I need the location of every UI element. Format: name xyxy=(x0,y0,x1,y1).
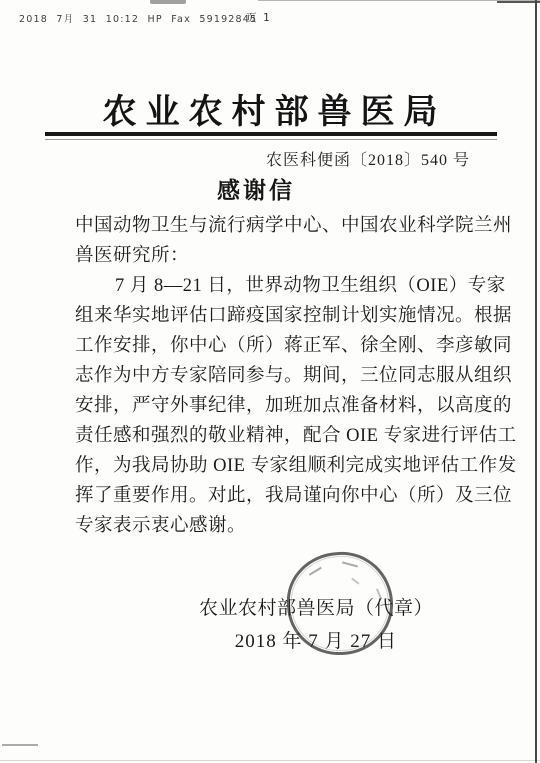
letter-title: 感谢信 xyxy=(0,172,526,205)
body-line: 组来华实地评估口蹄疫国家控制计划实施情况。根据 xyxy=(75,301,475,331)
letter-body: 中国动物卫生与流行病学中心、中国农业科学院兰州 兽医研究所： 7 月 8—21 … xyxy=(75,211,475,541)
scan-artifact-top-edge-line xyxy=(258,0,540,1)
seal-ink-mark xyxy=(342,561,358,567)
fax-page-number: 页 1 xyxy=(246,10,270,25)
scan-artifact-top-smudge xyxy=(150,0,186,4)
document-ref-number: 农医科便函〔2018〕540 号 xyxy=(45,147,470,170)
scanned-letter-page: 2018 7月 31 10:12 HP Fax 59192845 页 1 农业农… xyxy=(0,0,540,763)
letterhead-rule-thick xyxy=(45,132,497,136)
signature-organization: 农业农村部兽医局（代章） xyxy=(75,593,465,620)
scan-artifact-bottom-left-line xyxy=(2,744,38,746)
seal-ink-mark xyxy=(309,567,322,576)
body-line: 安排，严守外事纪律，加班加点准备材料，以高度的 xyxy=(75,391,475,421)
recipient-line: 兽医研究所： xyxy=(75,241,475,271)
scan-artifact-bottom-edge-line xyxy=(0,760,540,761)
body-line: 专家表示衷心感谢。 xyxy=(75,511,475,541)
seal-ink-mark xyxy=(351,578,359,585)
body-line: 志作为中方专家陪同参与。期间，三位同志服从组织 xyxy=(75,361,475,391)
body-line: 工作安排，你中心（所）蒋正军、徐全刚、李彦敏同 xyxy=(75,331,475,361)
body-line: 7 月 8—21 日，世界动物卫生组织（OIE）专家 xyxy=(75,271,475,301)
letterhead-organization: 农业农村部兽医局 xyxy=(0,84,540,133)
scan-artifact-right-edge-line xyxy=(535,0,537,763)
recipient-line: 中国动物卫生与流行病学中心、中国农业科学院兰州 xyxy=(75,211,475,241)
body-line: 挥了重要作用。对此，我局谨向你中心（所）及三位 xyxy=(75,481,475,511)
body-line: 责任感和强烈的敬业精神，配合 OIE 专家进行评估工 xyxy=(75,421,475,451)
body-line: 作，为我局协助 OIE 专家组顺利完成实地评估工作发 xyxy=(75,451,475,481)
seal-ink-mark xyxy=(376,588,382,599)
letterhead-rule-thin xyxy=(45,139,497,140)
fax-header-meta: 2018 7月 31 10:12 HP Fax 59192845 xyxy=(19,11,257,25)
